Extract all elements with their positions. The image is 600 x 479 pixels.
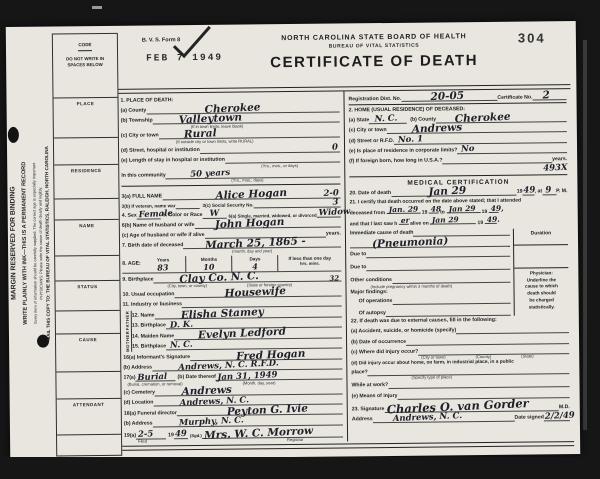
checkmark-mark [168,24,214,60]
death-date-label: 20. Date of death [349,191,391,197]
date-signed-value: 2/2/49 [545,412,575,423]
certify-fromyear-line: 48 [429,206,439,213]
age-lessday-units: hrs. mins. [300,261,320,266]
filing-year-line: 49 [174,431,188,439]
burial-location-label: (d) Location [124,401,154,407]
res-city-line: Andrews [387,124,567,134]
due2-label: Due to [350,266,366,272]
certificate-title: CERTIFICATE OF DEATH [228,52,520,72]
res-state-value: N. C. [374,115,397,126]
parents-tab: FATHER MOTHER [123,311,132,352]
duration-header: Duration [514,228,568,246]
date-signed-line: 2/2/49 [544,413,570,421]
code-box-empty [55,199,119,221]
death-year-line: 49 [523,187,535,195]
sex-value: Female [139,210,174,221]
industry-label: 11. Industry or business [123,302,182,309]
operations-label: Of operations [359,299,393,305]
occurrence-date-line [406,336,569,346]
parents-fields: 12. Name Elisha Stamey 13. Birthplace D.… [132,309,342,352]
code-label: CODE [78,42,91,47]
certify-saw-line: Jan 29 [430,217,476,224]
file-code-note: 493X [543,164,568,175]
mother-name-line: Evelyn Ledford [174,330,342,340]
full-name-label: 3(a) FULL NAME [122,194,163,200]
injury-county-note: (County) [476,355,492,359]
director-addr-value: Murphy, N. C. [179,416,244,429]
registration-dist-label: Registration Dist. No. [348,96,401,103]
informant-addr-line: Andrews, N. C. R.F.D. [152,362,342,372]
sgd-label: (Sgd.) [190,434,202,439]
certificate-no-value: 2 [542,89,550,101]
accident-line [456,325,569,334]
occupation-value: Housewife [224,285,286,300]
burial-type-value: Burial [137,372,167,383]
certify-from-line: Jan. 29 [386,207,420,214]
certify-her-value: er [401,216,410,225]
burial-date-line: Jan 31, 1949 [216,372,343,381]
ssn-line: 3 [254,199,341,208]
code-box-empty [55,256,119,282]
code-box-cause: CAUSE [56,334,120,373]
death-hour-value: 9 [545,186,551,196]
registration-dist-value: 20-05 [430,90,464,104]
place-of-death-title: 1. PLACE OF DEATH: [121,98,174,105]
birthplace-label: 9. Birthplace [122,278,153,284]
community-value: 50 years [190,169,230,181]
scan-speck [583,40,587,430]
father-name-label: 12. Name [132,314,155,320]
do-not-write-note: DO NOT WRITE IN SPACES BELOW [53,54,117,70]
autopsy-line [386,308,511,317]
findings-label: Major findings: [351,290,388,296]
serial-number: 304 [518,30,546,45]
death-year-value: 49 [523,186,535,196]
birthdate-label: 7. Birth date of deceased [122,244,183,251]
physician-addr-line: Andrews, N. C. [373,414,515,423]
marital-value: Widow [318,208,350,219]
binding-margin: MARGIN RESERVED FOR BINDING WRITE PLAINL… [6,27,57,460]
director-addr-line: Murphy, N. C. [153,417,343,427]
death-date-line: Jan 29 [391,188,517,197]
code-box-empty [54,138,118,166]
form-columns: 1. PLACE OF DEATH: (a) County Cherokee (… [118,89,574,444]
due2-line [366,262,510,272]
certify-to-value: Jan 29 [448,204,475,214]
res-street-label: (d) Street or R.F.D. [349,138,394,144]
operations-line [392,296,510,305]
spouse-label: 6(b) Name of husband or wife [122,223,195,230]
certify-line3: and that I last saw h er alive on Jan 29… [350,216,568,227]
code-box-residence: RESIDENCE [54,165,118,200]
at-work-line [388,380,569,390]
certify-saw-label: and that I last saw h [350,221,398,227]
father-bp-value: D. K. [170,320,194,331]
filing-year-value: 49 [175,430,187,440]
certify-to-line: Jan 29 [446,206,480,213]
certificate-form: B. V. S. Form 8 FEB 7 1949 NORTH CAROLIN… [118,24,574,457]
informant-sig-label: 16(a) Informant's Signature [123,355,190,362]
cemetery-label: (c) Cemetery [124,391,155,397]
stay-line [225,155,340,164]
filing-date-line: 2-5 [136,431,166,439]
mother-bp-value: N. C. [170,341,193,352]
code-box-attendant: ATTENDANT [57,399,121,436]
spouse-line: John Hogan [194,220,340,230]
father-name-line: Elisha Stamey [155,310,342,320]
age-years-value: 83 [157,262,169,272]
date-signed-label: Date signed [514,415,543,421]
death-date-value: Jan 29 [428,184,466,198]
code-box-status: STATUS [55,281,119,312]
certify-from-label: deceased from [350,210,385,216]
res-state-label: (a) State [349,118,370,124]
community-note: (Yrs., mos., days) [231,179,263,183]
registrar-note: Registrar [287,438,304,442]
sex-label: 4. Sex [122,214,137,220]
certify-saw-value: Jan 29 [432,215,459,225]
stay-note: (Yrs., mos., or days) [261,164,298,168]
filing-date-value: 2-5 [138,430,154,440]
left-column: 1. PLACE OF DEATH: (a) County Cherokee (… [118,91,348,444]
county-line: Cherokee [146,105,339,115]
physician-addr-label: Address [352,417,373,423]
certify-fromyear-value: 48 [431,204,442,213]
occupation-label: 10. Usual occupation [123,292,175,299]
cause-rows: Immediate cause of death (Pneumonia) Due… [350,228,511,318]
veteran-line [175,201,199,209]
spouse-age-label: (c) Age of husband or wife if alive [122,233,205,240]
right-column: Registration Dist. No. 20-05 Certificate… [344,89,574,442]
code-box-place: PLACE [53,98,117,139]
mother-tab: MOTHER [124,330,129,351]
res-foreign-line [443,155,553,164]
informant-addr-label: (b) Address [123,366,152,372]
res-city-label: (c) City or town [349,128,387,134]
res-street-line: No. 1 [394,135,567,145]
scan-speck [92,6,102,9]
res-corporate-value: No [461,145,475,155]
street-label: (d) Street, hospital or institution [121,148,200,155]
certify-line2: deceased from Jan. 29 19 48 to Jan 29 19… [350,205,568,216]
death-certificate-scan: MARGIN RESERVED FOR BINDING WRITE PLAINL… [6,21,581,460]
age-years-cell: Years 83 [141,256,186,272]
ssn-label: 3(c) Social Security No. [202,203,253,209]
filing-label: 19(a) [124,434,136,440]
certificate-no-line: 2 [532,92,566,100]
certify-toyear-value: 49, [490,204,503,213]
res-corporate-label: (e) Is place of residence in corporate l… [349,148,457,155]
marital-line: Widow [317,209,341,217]
street-extra-value: 0 [332,144,338,154]
township-label: (b) Township [121,119,153,125]
occupation-line: Housewife [174,288,341,298]
father-bp-label: 13. Birthplace [132,324,166,330]
code-box-empty [57,435,121,456]
age-lessday-cell: If less than one day hrs. mins. [277,254,341,271]
certify-toyear-line: 49, [489,206,499,213]
code-box-name: NAME [55,220,119,257]
parents-section: FATHER MOTHER 12. Name Elisha Stamey 13.… [123,309,342,352]
registration-dist-line: 20-05 [401,93,497,102]
community-label: In this community [121,173,165,179]
director-line: Peyton G. Ivie [177,407,343,417]
means-of-injury-label: (e) Means of injury [352,394,398,400]
injury-place-note: (Specify type of place) [411,376,452,381]
age-label: 8. AGE: [122,257,141,273]
code-column-header: CODE DO NOT WRITE IN SPACES BELOW [53,34,118,99]
certify-her-line: er [399,218,409,225]
other-conditions-line [392,275,511,284]
injury-where-label: (c) Where did injury occur? [351,349,418,356]
registrar-sig-line: Mrs. W. C. Morrow [202,429,343,438]
cemetery-line: Andrews [155,387,343,397]
res-corporate-line: No [457,145,567,154]
bureau-subtitle: BUREAU OF VITAL STATISTICS [238,42,510,51]
due1-line [366,249,510,259]
residence-title: 2. HOME (USUAL RESIDENCE) OF DECEASED: [349,107,465,114]
birthdate-line: March 25, 1865 - [183,240,341,250]
street-line: 0 [200,144,340,153]
age-months-value: 10 [203,262,215,272]
accident-label: (a) Accident, suicide, or homicide (spec… [351,329,456,336]
birthplace-extra: 32 [329,274,339,282]
certify-to-yp: 19 [482,209,488,215]
physician-note-line: statistically. [515,304,569,311]
mother-name-value: Evelyn Ledford [197,326,285,342]
res-foreign-label: (f) If foreign born, how long in U.S.A.? [349,158,442,165]
spouse-value: John Hogan [215,216,285,231]
duration-column: Duration Physician: Underline the cause … [513,228,569,316]
city-label: (c) City or town [121,134,159,140]
injury-place-label: place? [351,370,367,376]
certificate-no-label: Certificate No. [497,94,532,100]
physician-addr-value: Andrews, N. C. [392,412,462,425]
injury-state-note: (State) [521,355,533,359]
occurrence-date-label: (b) Date of occurrence [351,339,406,346]
director-label: 18(a) Funeral director [124,411,177,418]
director-addr-label: (b) Address [124,421,153,427]
autopsy-label: Of autopsy [359,311,386,317]
code-box-empty [56,372,120,400]
certify-alive-label: alive on [410,220,429,226]
board-of-health-title: NORTH CAROLINA STATE BOARD OF HEALTH [238,33,510,43]
mother-bp-line: N. C. [166,340,342,350]
res-county-value: Cherokee [454,111,510,126]
physician-note-box: Physician: Underline the cause to which … [514,267,568,314]
physician-signature-label: 23. Signature [352,407,385,413]
external-causes-title: 22. If death was due to external causes,… [351,318,497,325]
county-label: (a) County [121,109,147,115]
father-tab: FATHER [124,311,129,331]
injury-city-note: (City or town) [421,356,445,360]
res-state-line: N. C. [369,116,407,124]
certify-sawyear-line: 49. [484,217,496,224]
sex-line: Female [137,211,161,219]
scan-background-band [0,457,600,479]
cause-value: (Pneumonia) [372,235,449,251]
section-rule [349,102,567,105]
father-name-value: Elisha Stamey [181,306,265,322]
certify-from-value: Jan. 29 [388,204,418,214]
burial-date-label: (b) Date thereof [178,375,216,381]
burial-type-line: Burial [136,374,176,382]
city-value: Rural [184,127,217,141]
form-header: B. V. S. Form 8 FEB 7 1949 NORTH CAROLIN… [118,24,571,89]
age-months-cell: Months 10 [186,256,232,272]
certify-saw-yp: 19 [477,220,483,226]
due1-label: Due to [350,253,366,259]
physician-signature-line: Charles O. van Gorder [384,403,559,413]
cause-line2: (Pneumonia) [350,239,510,249]
code-dash [78,50,92,51]
mother-name-label: 14. Maiden Name [132,334,174,340]
injury-where-line [418,346,569,356]
res-street-value: No. 1 [398,135,424,146]
death-hour-line: 9 [542,187,556,195]
stay-label: (e) Length of stay in hospital or instit… [121,158,225,165]
cause-section: Immediate cause of death (Pneumonia) Due… [350,227,569,317]
code-column: CODE DO NOT WRITE IN SPACES BELOW PLACE … [52,33,122,457]
death-pm-label: P. M. [556,189,567,195]
certify-from-yp: 19 [422,209,428,215]
code-box-empty [56,311,120,335]
at-work-label: While at work? [352,383,389,389]
mother-bp-label: 15. Birthplace [132,344,166,350]
certify-sawyear-value: 49. [486,215,499,224]
race-line: W [202,211,226,219]
spouse-age-unit: years. [326,232,341,238]
